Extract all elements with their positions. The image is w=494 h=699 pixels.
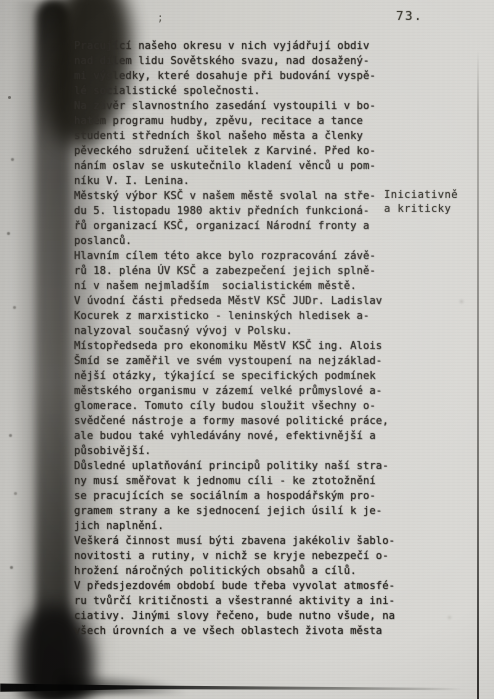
- text-line: všech úrovních a ve všech oblastech živo…: [74, 624, 419, 639]
- scanned-document-page: 73. ; Pracující našeho okresu v nich vyj…: [0, 0, 494, 699]
- text-line: gramem strany a ke sjednocení jejich úsi…: [74, 504, 419, 519]
- text-line: Veškerá činnost musí býti zbavena jakéko…: [74, 534, 419, 549]
- text-line: novitosti a rutiny, v nichž se kryje neb…: [74, 549, 419, 564]
- text-line: V úvodní části předseda MěstV KSČ JUDr. …: [74, 294, 419, 309]
- text-line: Důsledné uplatňování principů politiky n…: [74, 459, 419, 474]
- text-line: náním oslav se uskutečnilo kladení věnců…: [74, 159, 419, 174]
- text-line: ní v našem nejmladším socialistickém měs…: [74, 279, 419, 294]
- text-line: působivější.: [74, 444, 419, 459]
- text-line: ciativy. Jinými slovy řečeno, bude nutno…: [74, 609, 419, 624]
- text-line: hatém programu hudby, zpěvu, recitace a …: [74, 114, 419, 129]
- scan-artifact-mark: ;: [157, 11, 164, 24]
- page-right-edge-line: [477, 50, 479, 699]
- typewritten-lines: Pracující našeho okresu v nich vyjádřují…: [74, 39, 419, 639]
- margin-note-line-2: a kriticky: [384, 203, 458, 217]
- text-line: pěveckého sdružení učitelek z Karviné. P…: [74, 144, 419, 159]
- text-line: poslanců.: [74, 234, 419, 249]
- text-line: studenti středních škol našeho města a č…: [74, 129, 419, 144]
- text-line: níku V. I. Lenina.: [74, 174, 419, 189]
- margin-note-line-1: Iniciativně: [384, 189, 458, 203]
- text-line: řů organizací KSČ, organizací Národní fr…: [74, 219, 419, 234]
- text-line: du 5. listopadu 1980 aktiv předních funk…: [74, 204, 419, 219]
- scan-specks: [8, 96, 11, 99]
- text-line: Na závěr slavnostního zasedání vystoupil…: [74, 99, 419, 114]
- text-line: se pracujících se sociálním a hospodářsk…: [74, 489, 419, 504]
- text-line: městského organismu v zázemí velké průmy…: [74, 384, 419, 399]
- text-line: Šmíd se zaměřil ve svém vystoupení na ne…: [74, 354, 419, 369]
- text-line: lé socialistické společnosti.: [74, 84, 419, 99]
- text-line: Městský výbor KSČ v našem městě svolal n…: [74, 189, 419, 204]
- text-line: Pracující našeho okresu v nich vyjádřují…: [74, 39, 419, 54]
- text-line: hrožení náročných politických obsahů a c…: [74, 564, 419, 579]
- text-line: nější otázky, týkající se specifických p…: [74, 369, 419, 384]
- text-line: nalyzoval současný vývoj v Polsku.: [74, 324, 419, 339]
- text-line: glomerace. Tomuto cíly budou sloužit vše…: [74, 399, 419, 414]
- text-line: ale budou také vyhledávány nové, efektiv…: [74, 429, 419, 444]
- text-line: mi výsledky, které dosahuje při budování…: [74, 69, 419, 84]
- text-line: rů 18. pléna ÚV KSČ a zabezpečení jejich…: [74, 264, 419, 279]
- text-line: ru tvůrčí kritičnosti a všestranné aktiv…: [74, 594, 419, 609]
- page-number: 73.: [396, 8, 423, 23]
- text-line: Kocurek z marxisticko - leninských hledi…: [74, 309, 419, 324]
- margin-note: Iniciativně a kriticky: [384, 189, 458, 216]
- text-line: Místopředseda pro ekonomiku MěstV KSČ in…: [74, 339, 419, 354]
- text-line: ny musí směřovat k jednomu cíli - ke zto…: [74, 474, 419, 489]
- text-line: Hlavním cílem této akce bylo rozpracován…: [74, 249, 419, 264]
- text-line: svědčené nástroje a formy masové politic…: [74, 414, 419, 429]
- text-line: jich naplnění.: [74, 519, 419, 534]
- text-line: nad dílem lidu Sovětského svazu, nad dos…: [74, 54, 419, 69]
- text-line: V předsjezdovém období bude třeba vyvola…: [74, 579, 419, 594]
